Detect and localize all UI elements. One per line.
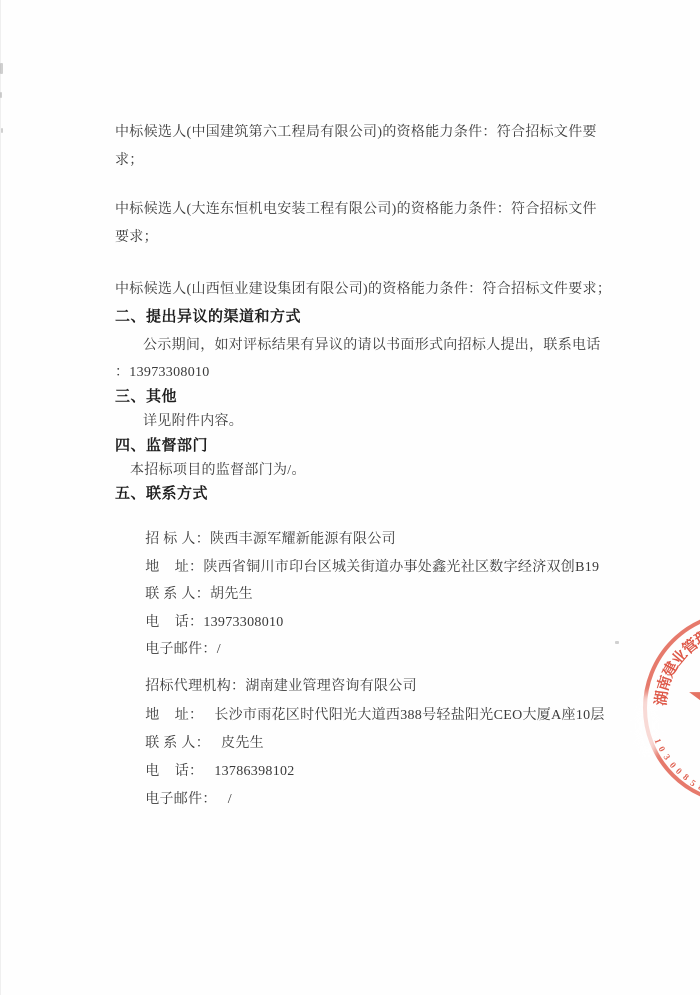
seal-serial-digit: 3 [662, 753, 673, 762]
supervision-body: 本招标项目的监督部门为/。 [130, 462, 306, 480]
seal-serial-digit: 0 [667, 760, 678, 770]
candidate-1-line-1: 中标候选人(中国建筑第六工程局有限公司)的资格能力条件：符合招标文件要 [115, 124, 597, 142]
seal-serial-digit: 0 [657, 745, 668, 754]
agency-email-row: 电子邮件：/ [130, 772, 232, 824]
candidate-3-line-1: 中标候选人(山西恒业建设集团有限公司)的资格能力条件：符合招标文件要求； [115, 281, 611, 299]
field-value: 长沙市雨花区时代阳光大道西388号轻盐阳光CEO大厦A座10层 [214, 708, 604, 723]
scanned-document-page: 中标候选人(中国建筑第六工程局有限公司)的资格能力条件：符合招标文件要 求； 中… [0, 0, 700, 995]
objection-body-line-1: 公示期间，如对评标结果有异议的请以书面形式向招标人提出，联系电话 [143, 337, 601, 355]
candidate-2-line-1: 中标候选人(大连东恒机电安装工程有限公司)的资格能力条件：符合招标文件 [115, 201, 597, 219]
candidate-1-line-2: 求； [115, 152, 144, 170]
company-seal: 湖南建业管理咨询有限公司10300858 [643, 611, 700, 805]
scan-speck [0, 92, 2, 98]
seal-company-char: 管 [677, 633, 700, 659]
seal-serial-digit: 5 [689, 777, 698, 788]
seal-serial-digit: 0 [674, 766, 684, 776]
field-label: 电子邮件： [145, 792, 217, 807]
field-value: / [228, 792, 232, 807]
section-objection-heading: 二、提出异议的渠道和方式 [115, 308, 301, 327]
seal-company-char: 理 [691, 625, 700, 651]
seal-ring [643, 611, 700, 805]
field-label: 电子邮件： [145, 642, 217, 657]
seal-company-char: 建 [657, 658, 683, 681]
seal-faded-area [633, 693, 661, 759]
seal-star-icon [687, 655, 700, 761]
objection-body-line-2: ：13973308010 [115, 364, 210, 382]
scan-speck [1, 128, 3, 133]
scan-speck [615, 641, 619, 644]
field-value: / [217, 642, 221, 657]
seal-serial-digit: 8 [681, 772, 691, 783]
section-supervision-heading: 四、监督部门 [115, 437, 208, 456]
scan-speck [0, 63, 3, 74]
section-contact-heading: 五、联系方式 [115, 485, 208, 504]
candidate-2-line-2: 要求； [115, 229, 158, 247]
scan-edge-shadow [0, 0, 1, 995]
field-value: 陕西省铜川市印台区城关街道办事处鑫光社区数字经济双创B19 [203, 560, 599, 575]
seal-company-char: 南 [652, 673, 677, 694]
seal-company-char: 业 [666, 644, 692, 669]
other-body: 详见附件内容。 [143, 413, 243, 431]
section-other-heading: 三、其他 [115, 388, 177, 407]
seal-company-char: 湖 [649, 690, 672, 707]
seal-serial-digit: 1 [653, 737, 664, 745]
